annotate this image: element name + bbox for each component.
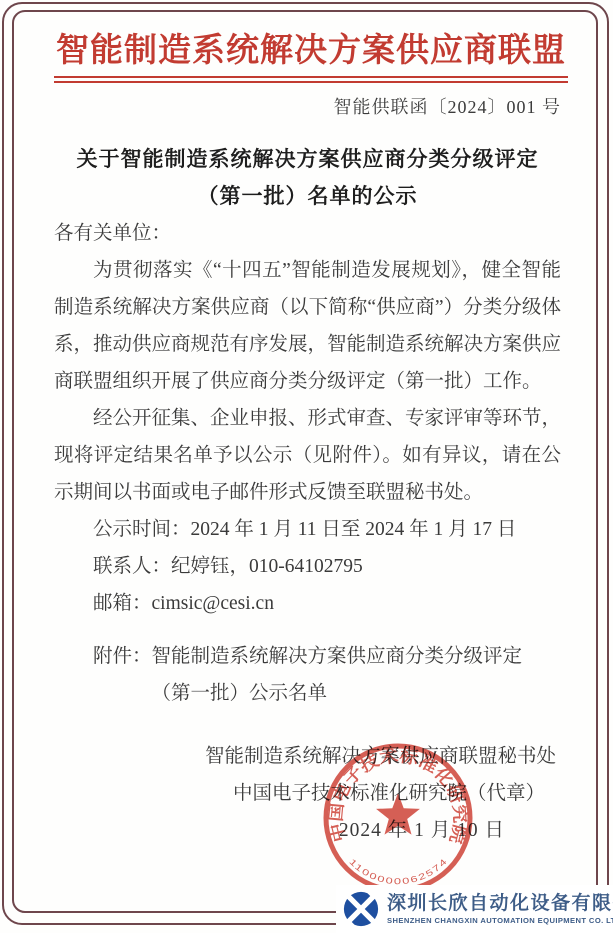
attachment-text: 智能制造系统解决方案供应商分类分级评定（第一批）公示名单	[152, 638, 561, 712]
seal-serial-number: 1100000062574	[347, 856, 449, 887]
company-name-en: SHENZHEN CHANGXIN AUTOMATION EQUIPMENT C…	[387, 916, 613, 926]
signature-date: 2024 年 1 月 10 日	[54, 812, 561, 849]
attachment-block: 附件： 智能制造系统解决方案供应商分类分级评定（第一批）公示名单	[54, 638, 561, 712]
signer-agency-line: 中国电子技术标准化研究院（代章）	[54, 775, 561, 812]
salutation: 各有关单位：	[54, 215, 561, 252]
contact-line: 联系人：纪婷钰，010-64102795	[54, 548, 561, 585]
notice-title-line1: 关于智能制造系统解决方案供应商分类分级评定	[54, 141, 561, 178]
notice-title-line2: （第一批）名单的公示	[54, 178, 561, 215]
official-notice-page: 智能制造系统解决方案供应商联盟 智能供联函〔2024〕001 号 关于智能制造系…	[0, 0, 613, 933]
company-name-block: 深圳长欣自动化设备有限公司 SHENZHEN CHANGXIN AUTOMATI…	[387, 892, 613, 926]
publicity-period-line: 公示时间：2024 年 1 月 11 日至 2024 年 1 月 17 日	[54, 511, 561, 548]
notice-title: 关于智能制造系统解决方案供应商分类分级评定 （第一批）名单的公示	[54, 141, 561, 215]
company-logo-icon	[342, 890, 380, 928]
email-line: 邮箱：cimsic@cesi.cn	[54, 585, 561, 622]
document-content: 智能制造系统解决方案供应商联盟 智能供联函〔2024〕001 号 关于智能制造系…	[54, 0, 561, 849]
paragraph-2: 经公开征集、企业申报、形式审查、专家评审等环节，现将评定结果名单予以公示（见附件…	[54, 400, 561, 511]
attachment-label: 附件：	[93, 638, 152, 712]
brand-footer: 深圳长欣自动化设备有限公司 SHENZHEN CHANGXIN AUTOMATI…	[336, 885, 613, 933]
signer-org-line: 智能制造系统解决方案供应商联盟秘书处	[54, 738, 561, 775]
doc-number: 智能供联函〔2024〕001 号	[54, 93, 561, 119]
paragraph-1: 为贯彻落实《“十四五”智能制造发展规划》，健全智能制造系统解决方案供应商（以下简…	[54, 252, 561, 400]
org-title: 智能制造系统解决方案供应商联盟	[54, 24, 568, 83]
letterhead: 智能制造系统解决方案供应商联盟	[54, 24, 561, 83]
company-name-cn: 深圳长欣自动化设备有限公司	[387, 892, 613, 916]
svg-text:1100000062574: 1100000062574	[347, 856, 449, 887]
